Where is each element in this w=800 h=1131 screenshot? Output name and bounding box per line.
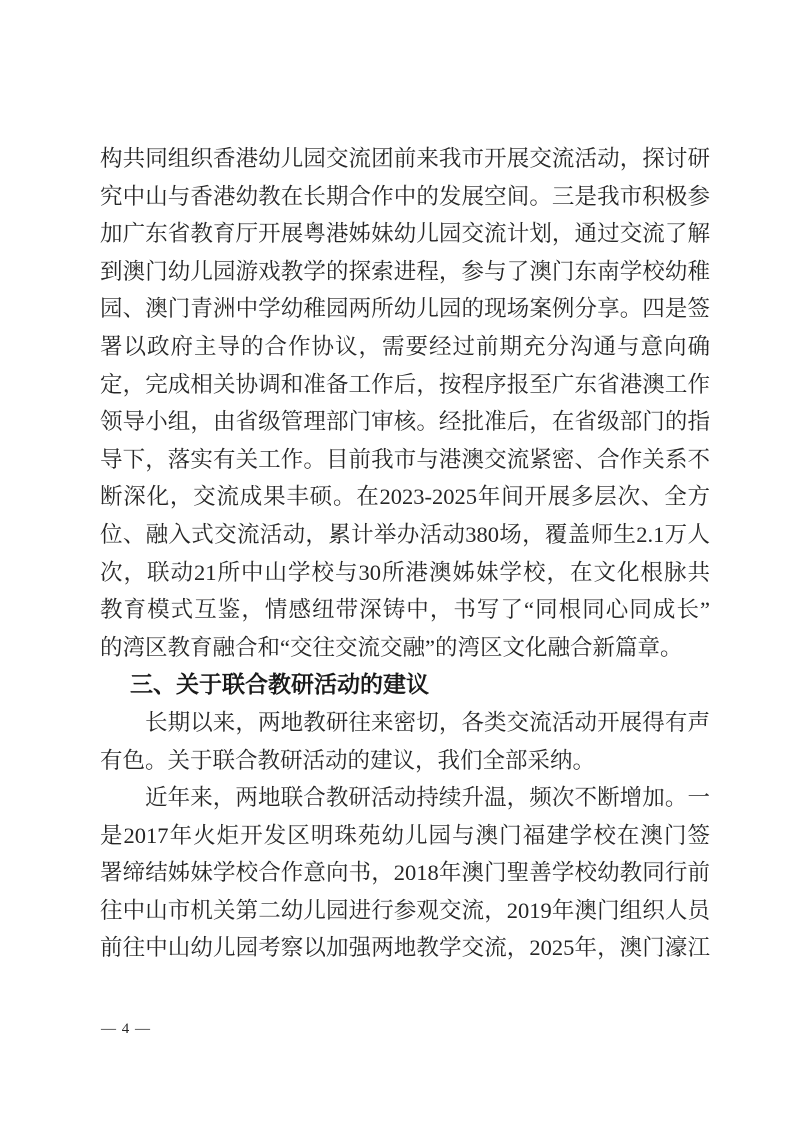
page-number: — 4 — (101, 1018, 151, 1040)
text-line: 加广东省教育厅开展粤港姊妹幼儿园交流计划，通过交流了解 (100, 215, 710, 253)
section-heading: 三、关于联合教研活动的建议 (100, 666, 710, 704)
text-line: 署缔结姊妹学校合作意向书，2018年澳门聖善学校幼教同行前 (100, 854, 710, 892)
text-line: 导下，落实有关工作。目前我市与港澳交流紧密、合作关系不 (100, 441, 710, 479)
text-line: 往中山市机关第二幼儿园进行参观交流，2019年澳门组织人员 (100, 892, 710, 930)
text-line: 领导小组，由省级管理部门审核。经批准后，在省级部门的指 (100, 403, 710, 441)
document-page: 构共同组织香港幼儿园交流团前来我市开展交流活动，探讨研 究中山与香港幼教在长期合… (0, 0, 800, 1131)
text-line: 署以政府主导的合作协议，需要经过前期充分沟通与意向确 (100, 328, 710, 366)
text-line: 次，联动21所中山学校与30所港澳姊妹学校，在文化根脉共植、 (100, 554, 710, 592)
text-line: 有色。关于联合教研活动的建议，我们全部采纳。 (100, 742, 710, 780)
text-line: 到澳门幼儿园游戏教学的探索进程，参与了澳门东南学校幼稚 (100, 253, 710, 291)
text-line: 构共同组织香港幼儿园交流团前来我市开展交流活动，探讨研 (100, 140, 710, 178)
text-line: 断深化，交流成果丰硕。在2023-2025年间开展多层次、全方 (100, 478, 710, 516)
text-line: 教育模式互鉴，情感纽带深铸中，书写了“同根同心同成长” (100, 591, 710, 629)
text-line: 长期以来，两地教研往来密切，各类交流活动开展得有声 (100, 704, 710, 742)
document-body: 构共同组织香港幼儿园交流团前来我市开展交流活动，探讨研 究中山与香港幼教在长期合… (100, 140, 710, 967)
text-line: 是2017年火炬开发区明珠苑幼儿园与澳门福建学校在澳门签 (100, 817, 710, 855)
text-line: 位、融入式交流活动，累计举办活动380场，覆盖师生2.1万人 (100, 516, 710, 554)
text-line: 近年来，两地联合教研活动持续升温，频次不断增加。一 (100, 779, 710, 817)
text-line: 究中山与香港幼教在长期合作中的发展空间。三是我市积极参 (100, 178, 710, 216)
text-line: 定，完成相关协调和准备工作后，按程序报至广东省港澳工作 (100, 366, 710, 404)
text-line: 前往中山幼儿园考察以加强两地教学交流，2025年，澳门濠江 (100, 929, 710, 967)
text-line: 园、澳门青洲中学幼稚园两所幼儿园的现场案例分享。四是签 (100, 290, 710, 328)
text-line: 的湾区教育融合和“交往交流交融”的湾区文化融合新篇章。 (100, 629, 710, 667)
